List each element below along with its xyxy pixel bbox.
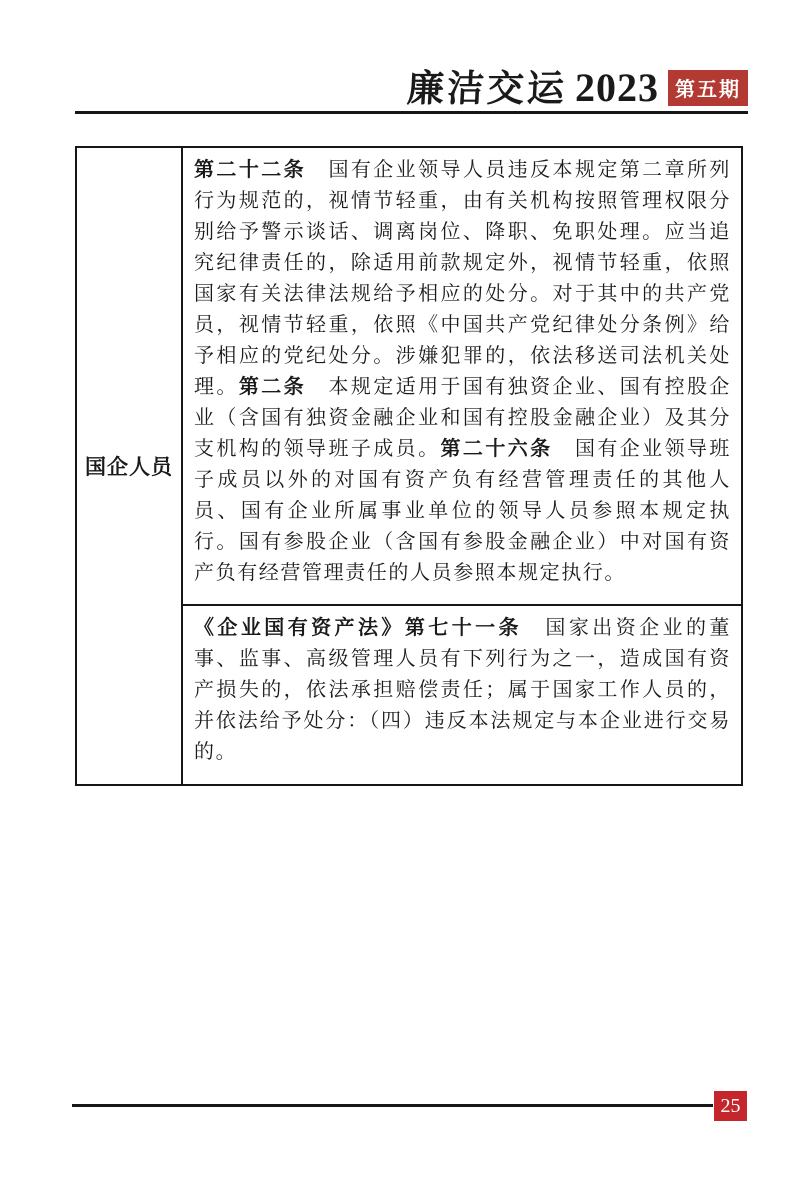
page-number-badge: 25	[714, 1091, 747, 1121]
footer-rule	[72, 1104, 713, 1107]
table-cell-regulation-1: 第二十二条 国有企业领导人员违反本规定第二章所列行为规范的，视情节轻重，由有关机…	[183, 148, 741, 606]
header-rule	[75, 111, 748, 114]
masthead: 廉洁交运 2023 第五期	[75, 60, 748, 108]
document-page: 廉洁交运 2023 第五期 国企人员 第二十二条 国有企业领导人员违反本规定第二…	[0, 0, 800, 1189]
row-label-cell: 国企人员	[77, 148, 183, 784]
regulations-table: 国企人员 第二十二条 国有企业领导人员违反本规定第二章所列行为规范的，视情节轻重…	[75, 146, 743, 786]
publication-title: 廉洁交运	[406, 71, 568, 108]
issue-badge: 第五期	[668, 70, 748, 106]
publication-year: 2023	[575, 68, 659, 108]
publication-brand: 廉洁交运 2023	[407, 68, 659, 108]
table-cell-regulation-2: 《企业国有资产法》第七十一条 国家出资企业的董事、监事、高级管理人员有下列行为之…	[183, 606, 741, 784]
